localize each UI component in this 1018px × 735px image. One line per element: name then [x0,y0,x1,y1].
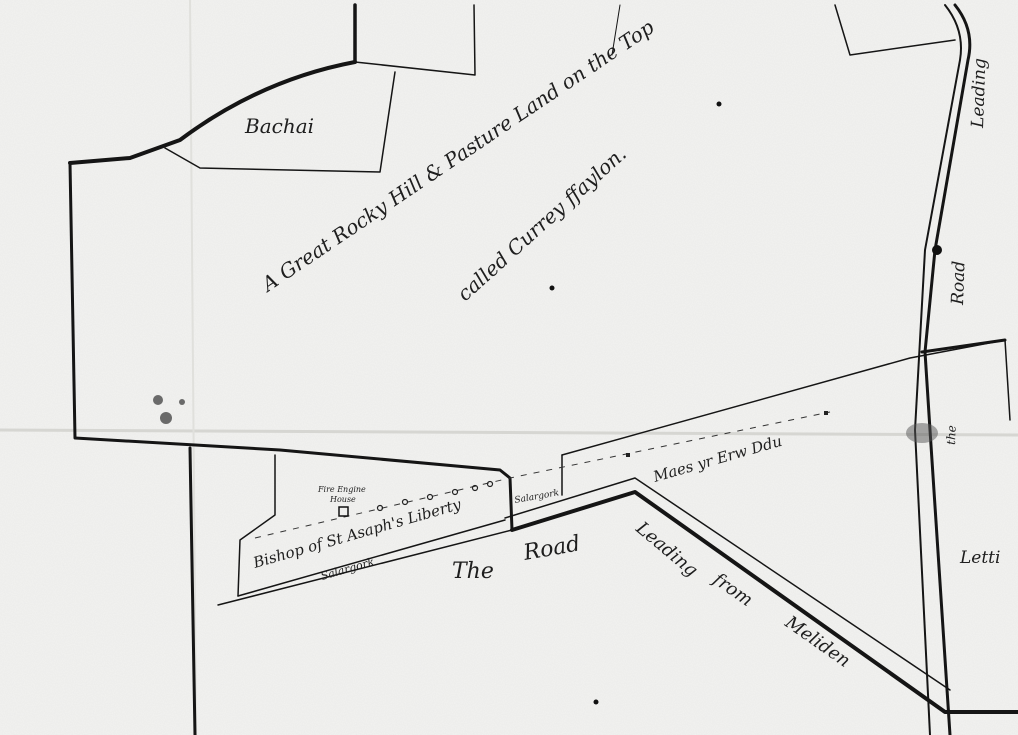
label-the: The [452,559,494,584]
label-bachai: Bachai [244,114,314,138]
label-fire-engine-house: House [329,495,356,504]
label-right-letti: Letti [959,548,1000,568]
marker-square-icon [824,411,828,415]
label-right-leading: Leading [968,58,990,129]
map-canvas: Bachai A Great Rocky Hill & Pasture Land… [0,0,1018,735]
historical-map: Bachai A Great Rocky Hill & Pasture Land… [0,0,1018,735]
ink-smudge [906,423,938,443]
label-fire-engine: Fire Engine [317,485,366,494]
label-right-the: the [944,425,959,445]
marker-square-icon [626,453,630,457]
label-right-road: Road [948,260,970,306]
